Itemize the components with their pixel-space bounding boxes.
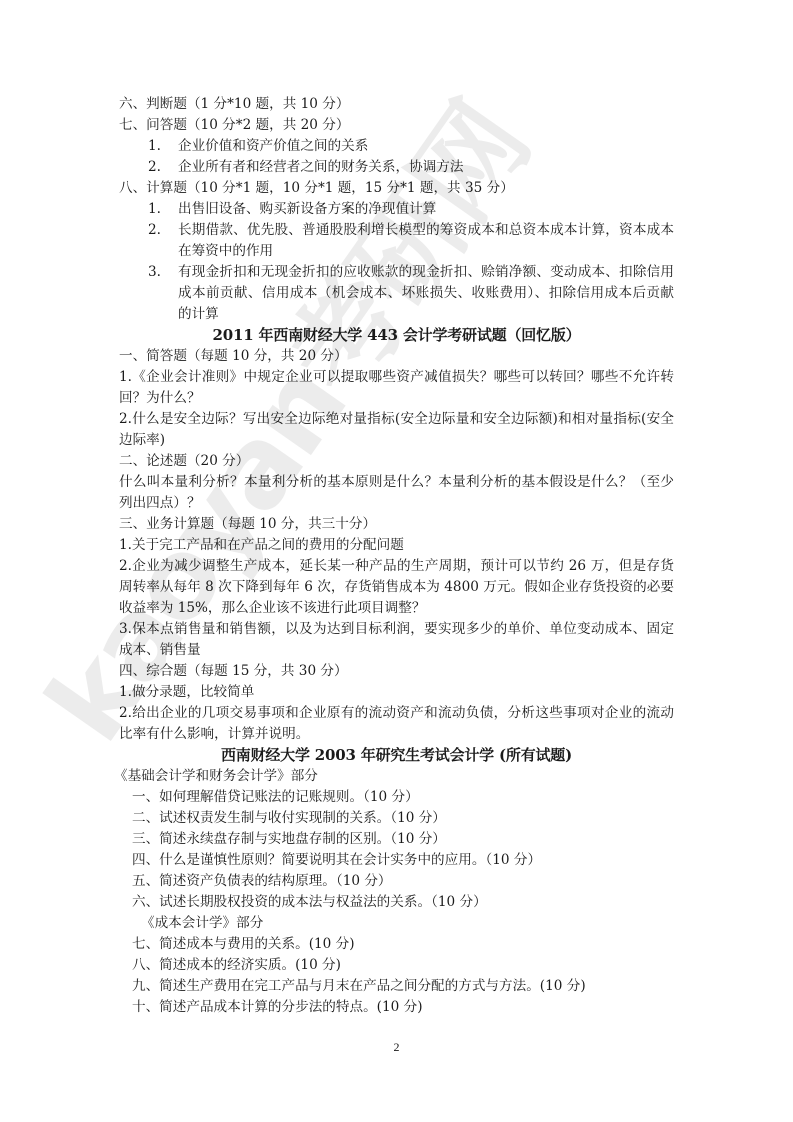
- section-heading: 二、论述题（20 分）: [119, 451, 674, 472]
- page-number: 2: [0, 1040, 793, 1055]
- section-heading: 一、简答题（每题 10 分，共 20 分）: [119, 346, 674, 367]
- question: 2.什么是安全边际？写出安全边际绝对量指标(安全边际量和安全边际额)和相对量指标…: [119, 409, 674, 451]
- question: 五、简述资产负债表的结构原理。（10 分）: [119, 871, 674, 892]
- section-heading: 八、计算题（10 分*1 题，10 分*1 题，15 分*1 题，共 35 分）: [119, 178, 674, 199]
- question: 二、试述权责发生制与收付实现制的关系。（10 分）: [119, 808, 674, 829]
- question: 一、如何理解借贷记账法的记账规则。（10 分）: [119, 787, 674, 808]
- item-text: 长期借款、优先股、普通股股利增长模型的筹资成本和总资本成本计算，资本成本在筹资中…: [178, 220, 674, 262]
- question: 九、简述生产费用在完工产品与月末在产品之间分配的方式与方法。(10 分): [119, 976, 674, 997]
- section-heading: 七、问答题（10 分*2 题，共 20 分）: [119, 115, 674, 136]
- exam-2011-title: 2011 年西南财经大学 443 会计学考研试题（回忆版）: [119, 325, 674, 346]
- exam-2003-title: 西南财经大学 2003 年研究生考试会计学 (所有试题): [119, 745, 674, 766]
- part-heading: 《基础会计学和财务会计学》部分: [114, 766, 674, 787]
- item-number: 3.: [119, 262, 178, 325]
- question: 六、试述长期股权投资的成本法与权益法的关系。（10 分）: [119, 892, 674, 913]
- item-number: 2.: [119, 157, 178, 178]
- question: 2.给出企业的几项交易事项和企业原有的流动资产和流动负债，分析这些事项对企业的流…: [119, 703, 674, 745]
- part-heading: 《成本会计学》部分: [119, 913, 674, 934]
- question: 3.保本点销售量和销售额，以及为达到目标利润，要实现多少的单价、单位变动成本、固…: [119, 619, 674, 661]
- question: 1.做分录题，比较简单: [119, 682, 674, 703]
- item-number: 2.: [119, 220, 178, 262]
- question: 1.关于完工产品和在产品之间的费用的分配问题: [119, 535, 674, 556]
- question: 七、简述成本与费用的关系。(10 分): [119, 934, 674, 955]
- question: 2.企业为减少调整生产成本，延长某一种产品的生产周期，预计可以节约 26 万，但…: [119, 556, 674, 619]
- question: 四、什么是谨慎性原则？简要说明其在会计实务中的应用。（10 分）: [119, 850, 674, 871]
- item-text: 企业所有者和经营者之间的财务关系，协调方法: [178, 157, 674, 178]
- item-text: 企业价值和资产价值之间的关系: [178, 136, 674, 157]
- question: 十、简述产品成本计算的分步法的特点。(10 分): [119, 997, 674, 1018]
- item-number: 1.: [119, 199, 178, 220]
- list-item: 1. 企业价值和资产价值之间的关系: [119, 136, 674, 157]
- list-item: 1. 出售旧设备、购买新设备方案的净现值计算: [119, 199, 674, 220]
- section-heading: 六、判断题（1 分*10 题，共 10 分）: [119, 94, 674, 115]
- document-page: 六、判断题（1 分*10 题，共 10 分） 七、问答题（10 分*2 题，共 …: [119, 94, 674, 1018]
- section-heading: 四、综合题（每题 15 分，共 30 分）: [119, 661, 674, 682]
- item-text: 出售旧设备、购买新设备方案的净现值计算: [178, 199, 674, 220]
- section-heading: 三、业务计算题（每题 10 分，共三十分）: [119, 514, 674, 535]
- question: 八、简述成本的经济实质。(10 分): [119, 955, 674, 976]
- item-text: 有现金折扣和无现金折扣的应收账款的现金折扣、赊销净额、变动成本、扣除信用成本前贡…: [178, 262, 674, 325]
- item-number: 1.: [119, 136, 178, 157]
- question: 三、简述永续盘存制与实地盘存制的区别。（10 分）: [119, 829, 674, 850]
- list-item: 3. 有现金折扣和无现金折扣的应收账款的现金折扣、赊销净额、变动成本、扣除信用成…: [119, 262, 674, 325]
- list-item: 2. 企业所有者和经营者之间的财务关系，协调方法: [119, 157, 674, 178]
- question: 1.《企业会计准则》中规定企业可以提取哪些资产减值损失？哪些可以转回？哪些不允许…: [119, 367, 674, 409]
- question: 什么叫本量利分析？本量利分析的基本原则是什么？本量利分析的基本假设是什么？（至少…: [119, 472, 674, 514]
- list-item: 2. 长期借款、优先股、普通股股利增长模型的筹资成本和总资本成本计算，资本成本在…: [119, 220, 674, 262]
